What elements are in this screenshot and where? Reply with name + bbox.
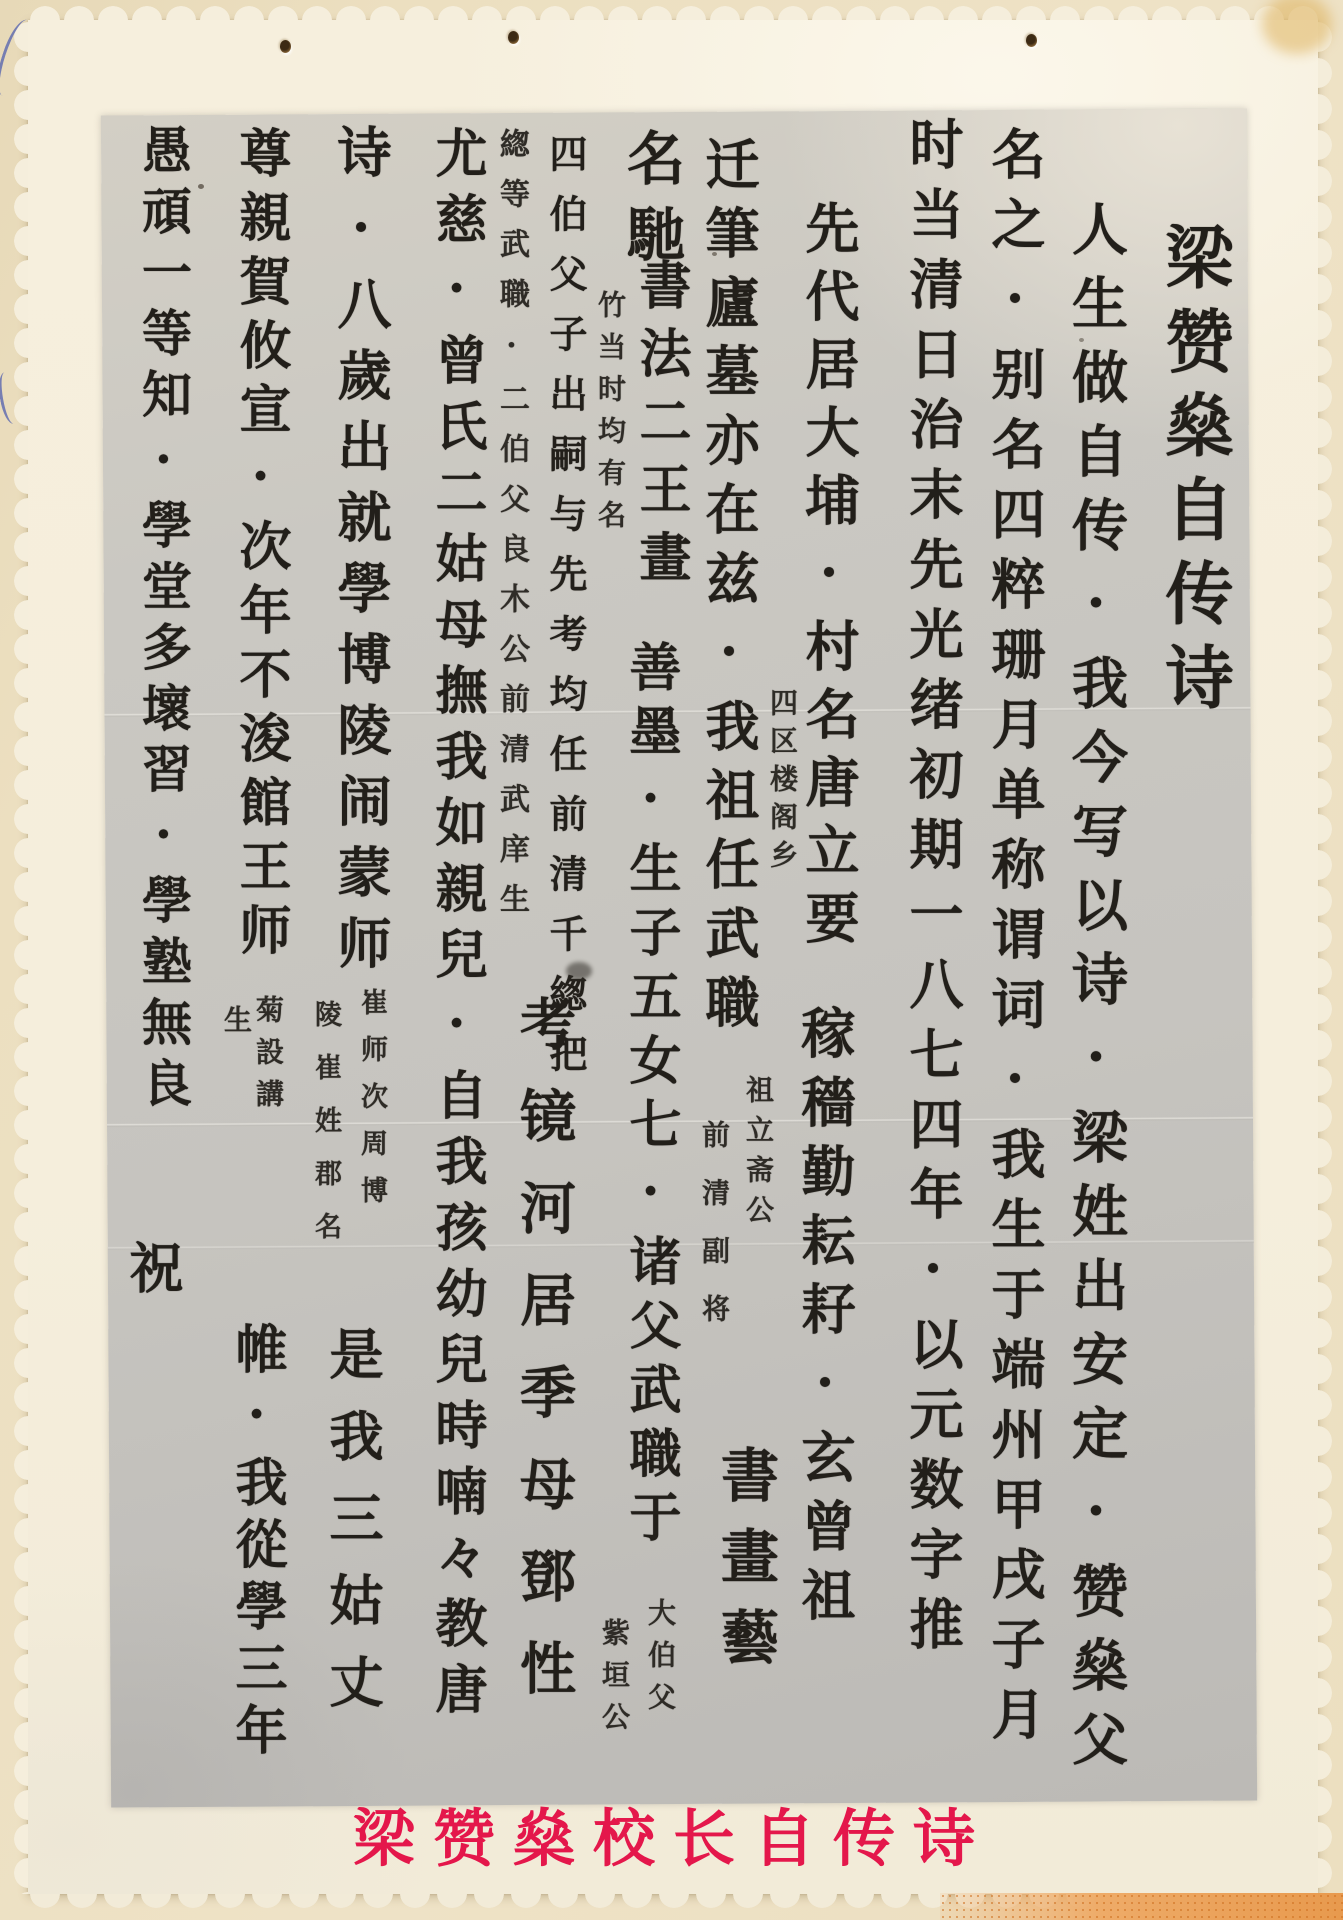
annotation-column: 菊設講 [254,995,282,1121]
calligraphy-column: 诗·八歲出就學博陵闹蒙师 [334,124,388,986]
annotation-column: 祖立斋公 [744,1075,772,1235]
ink-speck [198,184,204,189]
calligraphy-column: 迁筆廬墓亦在兹·我祖任武職 [702,136,756,1043]
calligraphy-column: 考镜河居季母鄧性 [516,995,572,1731]
annotation-column: 前清副将 [700,1120,728,1352]
calligraphy-column: 帷·我從學三年 [230,1322,282,1765]
album-page: 梁赞燊自传诗 人生做自传·我今写以诗·梁姓出安定·赞燊父 名之·别名四粹珊月单称… [0,0,1343,1920]
calligraphy-column: 尊親賀攸宣·次年不浚館王师 [234,126,286,967]
annotation-column: 陵崔姓郡名 [312,1000,339,1265]
annotation-column: 竹当时均有名 [596,290,624,542]
pin-hole [508,31,519,44]
calligraphy-column: 人生做自传·我今写以诗·梁姓出安定·赞燊父 [1068,200,1124,1784]
calligraphy-column: 祝 [126,1240,180,1294]
calligraphy-column: 名之·别名四粹珊月单称谓词·我生于端州甲戌子月 [988,126,1042,1756]
calligraphy-column: 四伯父子出嗣与先考均任前清千緫把 [546,134,584,1094]
orange-backing-patch [940,1893,1343,1920]
photo-deckled-edge-left [14,20,28,1894]
calligraphy-column: 書畫藝 [716,1445,774,1688]
ink-speck [1079,338,1084,342]
calligraphy-column: 时当清日治末先光绪初期一八七四年·以元数字推 [906,116,960,1666]
photo-deckled-edge-right [1318,20,1332,1894]
annotation-column: 紫垣公 [600,1618,628,1744]
calligraphy-column: 稼穡勤耘耔·玄曾祖 [798,1005,852,1636]
ink-speck [712,252,717,256]
calligraphy-column: 善墨·生子五女七·诸父武職于 [624,640,676,1554]
caption-text: 梁赞燊校长自传诗 [28,1800,1318,1878]
calligraphy-column: 尤慈·曾氏二姑母撫我如親兒·自我孩幼兒時喃々教唐 [430,126,482,1728]
annotation-column: 大伯父 [646,1598,674,1724]
calligraphy-column: 愚頑一等知·學堂多壞習·學塾無良 [138,124,188,1118]
annotation-column: 緫等武職·二伯父良木公前清武庠生 [496,128,526,933]
ink-smudge [566,962,592,980]
pin-hole [1026,34,1037,47]
calligraphy-column: 是我三姑丈 [326,1326,380,1736]
annotation-column: 崔师次周博 [358,988,385,1223]
calligraphy-column: 書法二王畫 [634,258,686,598]
pin-hole [280,40,291,53]
calligraphy-column: 先代居大埔·村名唐立要 [802,200,856,958]
calligraphy-title-column: 梁赞燊自传诗 [1160,222,1228,726]
photo-deckled-edge-top [28,6,1318,20]
annotation-column: 生 [222,1005,250,1033]
annotation-column: 四区楼阁乡 [768,688,796,878]
